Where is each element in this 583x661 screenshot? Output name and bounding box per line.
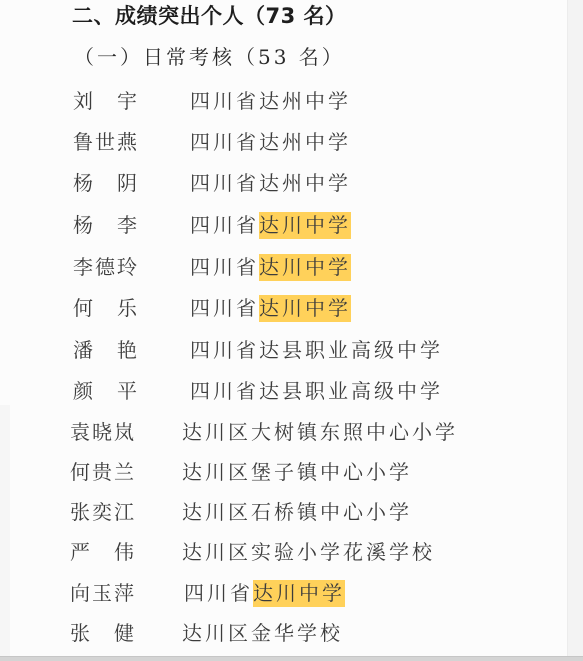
- page-edge-shadow: [0, 405, 10, 656]
- person-name: 何贵兰: [70, 458, 136, 486]
- person-name: 杨 阴: [73, 169, 139, 197]
- school-name: 达川区石桥镇中心小学: [182, 498, 412, 526]
- person-name: 何 乐: [73, 294, 139, 322]
- school-name: 四川省达县职业高级中学: [190, 336, 443, 364]
- school-name: 达川区实验小学花溪学校: [182, 538, 435, 566]
- school-name: 四川省达川中学: [190, 211, 351, 239]
- highlighted-text: 达川中学: [253, 580, 345, 607]
- person-name: 袁晓岚: [70, 418, 136, 446]
- school-name: 达川区大树镇东照中心小学: [182, 418, 458, 446]
- person-name: 杨 李: [73, 211, 139, 239]
- vertical-scrollbar-track[interactable]: [567, 0, 583, 656]
- person-name: 鲁世燕: [73, 128, 139, 156]
- school-name: 四川省达川中学: [184, 579, 345, 607]
- school-name: 四川省达州中学: [190, 128, 351, 156]
- school-name: 四川省达州中学: [190, 87, 351, 115]
- person-name: 向玉萍: [70, 579, 136, 607]
- school-name: 四川省达州中学: [190, 169, 351, 197]
- person-name: 潘 艳: [73, 336, 139, 364]
- person-name: 张奕江: [70, 498, 136, 526]
- school-name: 四川省达川中学: [190, 253, 351, 281]
- person-name: 刘 宇: [73, 87, 139, 115]
- school-name: 达川区金华学校: [182, 619, 343, 647]
- person-name: 李德玲: [73, 253, 139, 281]
- subsection-heading: （一）日常考核（53 名）: [74, 43, 345, 71]
- highlighted-text: 达川中学: [259, 295, 351, 322]
- person-name: 颜 平: [73, 377, 139, 405]
- school-name: 四川省达川中学: [190, 294, 351, 322]
- highlighted-text: 达川中学: [259, 254, 351, 281]
- person-name: 严 伟: [70, 538, 136, 566]
- school-name: 四川省达县职业高级中学: [190, 377, 443, 405]
- person-name: 张 健: [70, 619, 136, 647]
- bottom-edge-bar: [0, 656, 583, 661]
- school-name: 达川区堡子镇中心小学: [182, 458, 412, 486]
- highlighted-text: 达川中学: [259, 212, 351, 239]
- section-heading: 二、成绩突出个人（73 名）: [72, 1, 347, 31]
